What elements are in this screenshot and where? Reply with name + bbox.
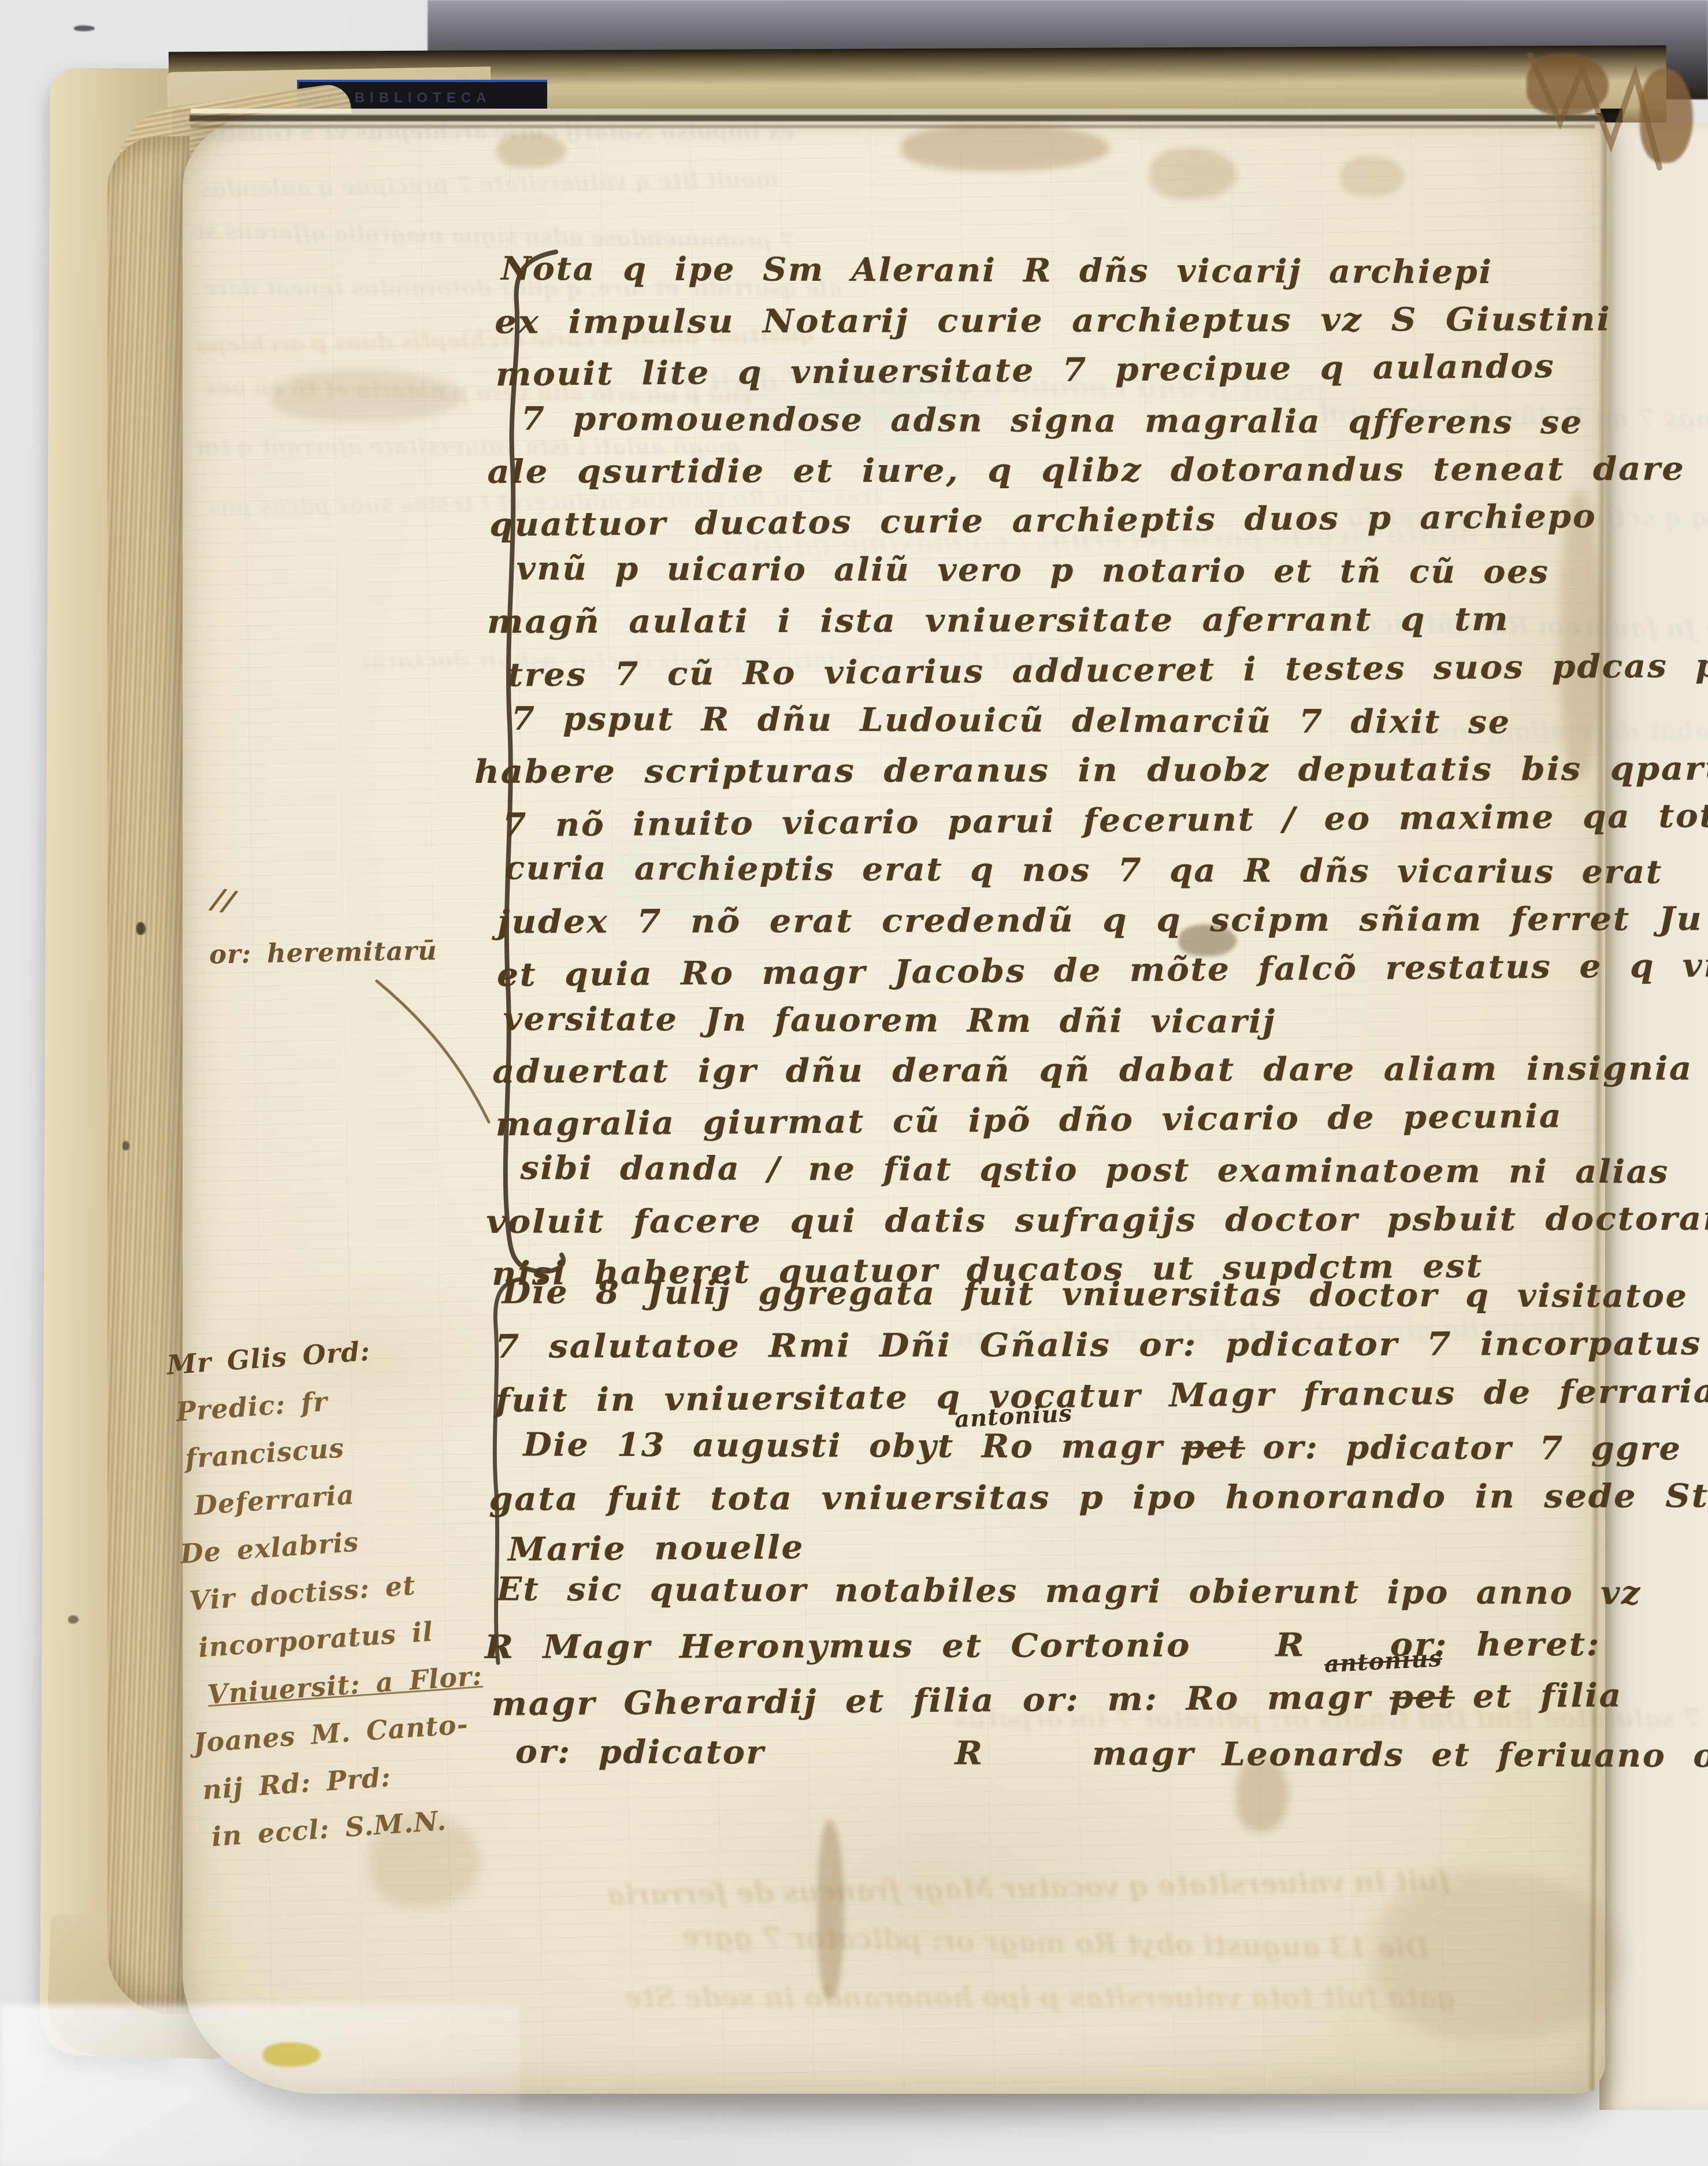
manuscript-line: magñ aulati i ista vniuersitate aferrant… bbox=[487, 603, 1510, 638]
manuscript-line-segment: or: pdicator 7 ggre bbox=[1263, 1428, 1681, 1468]
manuscript-line: gata fuit tota vniuersitas p ipo honoran… bbox=[489, 1480, 1708, 1515]
page-top-edge-crease bbox=[191, 125, 1595, 128]
manuscript-line: voluit facere qui datis sufragijs doctor… bbox=[486, 1202, 1708, 1238]
scanner-bed-corner bbox=[0, 2005, 520, 2166]
manuscript-line-segment: Die 13 augusti obyt Ro magr bbox=[523, 1426, 1164, 1466]
manuscript-line: habere scripturas deranus in duobz deput… bbox=[474, 752, 1708, 788]
manuscript-line: ex impulsu Notarij curie archieptus vz S… bbox=[495, 303, 1611, 338]
margin-lower-note: Mr Glis Ord:Predic: frfranciscusDeferrar… bbox=[166, 1330, 477, 1869]
manuscript-line: magralia giurmat cũ ipõ dño vicario de p… bbox=[495, 1099, 1562, 1140]
manuscript-line: Marie nouelle bbox=[508, 1531, 804, 1566]
manuscript-line: Die 8 Julij ggregata fuit vniuersitas do… bbox=[502, 1276, 1688, 1312]
manuscript-line: tres 7 cũ Ro vicarius adduceret i testes… bbox=[507, 649, 1708, 691]
manuscript-line: 7 nõ inuito vicario parui fecerunt / eo … bbox=[503, 799, 1708, 841]
manuscript-line: et quia Ro magr Jacobs de mõte falcõ res… bbox=[497, 949, 1708, 991]
manuscript-line: judex 7 nõ erat credendũ q q scipm sñiam… bbox=[497, 902, 1703, 938]
margin-side-note: or: heremitarū bbox=[209, 935, 438, 970]
manuscript-line: 7 promouendose adsn signa magralia qffer… bbox=[521, 402, 1583, 438]
manuscript-line: mouit lite q vniuersitate 7 precipue q a… bbox=[496, 350, 1555, 391]
manuscript-line-segment: magr Gherardij et filia or: m: Ro magr bbox=[491, 1678, 1372, 1723]
manuscript-line: versitate Jn fauorem Rm dñi vicarij bbox=[503, 1002, 1276, 1038]
manuscript-line: vnũ p uicario aliũ vero p notario et tñ … bbox=[516, 552, 1549, 588]
manuscript-line: Et sic quatuor notabiles magri obierunt … bbox=[496, 1573, 1642, 1610]
manuscript-line: R Magr Heronymus et Cortonio R or: heret… bbox=[485, 1628, 1708, 1663]
struck-word: pet bbox=[1390, 1678, 1455, 1717]
paper-stain bbox=[74, 25, 95, 31]
page-top-edge-shadow bbox=[190, 115, 1604, 121]
manuscript-line: aduertat igr dñu derañ qñ dabat dare ali… bbox=[492, 1052, 1693, 1087]
manuscript-scan: BIBLIOTECA ex impulsu Notarij curie arch… bbox=[0, 0, 1708, 2166]
manuscript-line: sibi danda / ne fiat qstio post examinat… bbox=[520, 1152, 1669, 1188]
manuscript-line: fuit in vniuersitate q vocatur Magr fran… bbox=[495, 1375, 1708, 1417]
manuscript-line: quattuor ducatos curie archieptis duos p… bbox=[489, 500, 1596, 541]
manuscript-line: ale qsurtidie et iure, q qlibz dotorandu… bbox=[487, 452, 1685, 488]
manuscript-line: magr Gherardij et filia or: m: Ro magrpe… bbox=[491, 1679, 1622, 1720]
manuscript-line: or: pdicator R magr Leonards et feriuano… bbox=[515, 1736, 1708, 1773]
manuscript-line: 7 salutatoe Rmi Dñi Gñalis or: pdicator … bbox=[495, 1327, 1702, 1362]
manuscript-line: Nota q ipe Sm Alerani R dñs vicarij arch… bbox=[501, 252, 1493, 288]
facing-page-edge bbox=[1599, 122, 1708, 2110]
manuscript-line: 7 psput R dñu Ludouicũ delmarciũ 7 dixit… bbox=[511, 702, 1511, 738]
page-stack-edge bbox=[107, 136, 190, 2014]
struck-word: pet bbox=[1181, 1428, 1245, 1466]
manuscript-line: Die 13 augusti obyt Ro magrpetor: pdicat… bbox=[523, 1429, 1681, 1465]
manuscript-line-segment: et filia bbox=[1473, 1676, 1623, 1715]
manuscript-line: curia archieptis erat q nos 7 qa R dñs v… bbox=[504, 852, 1663, 889]
page-top-edge-highlight bbox=[191, 109, 1601, 113]
